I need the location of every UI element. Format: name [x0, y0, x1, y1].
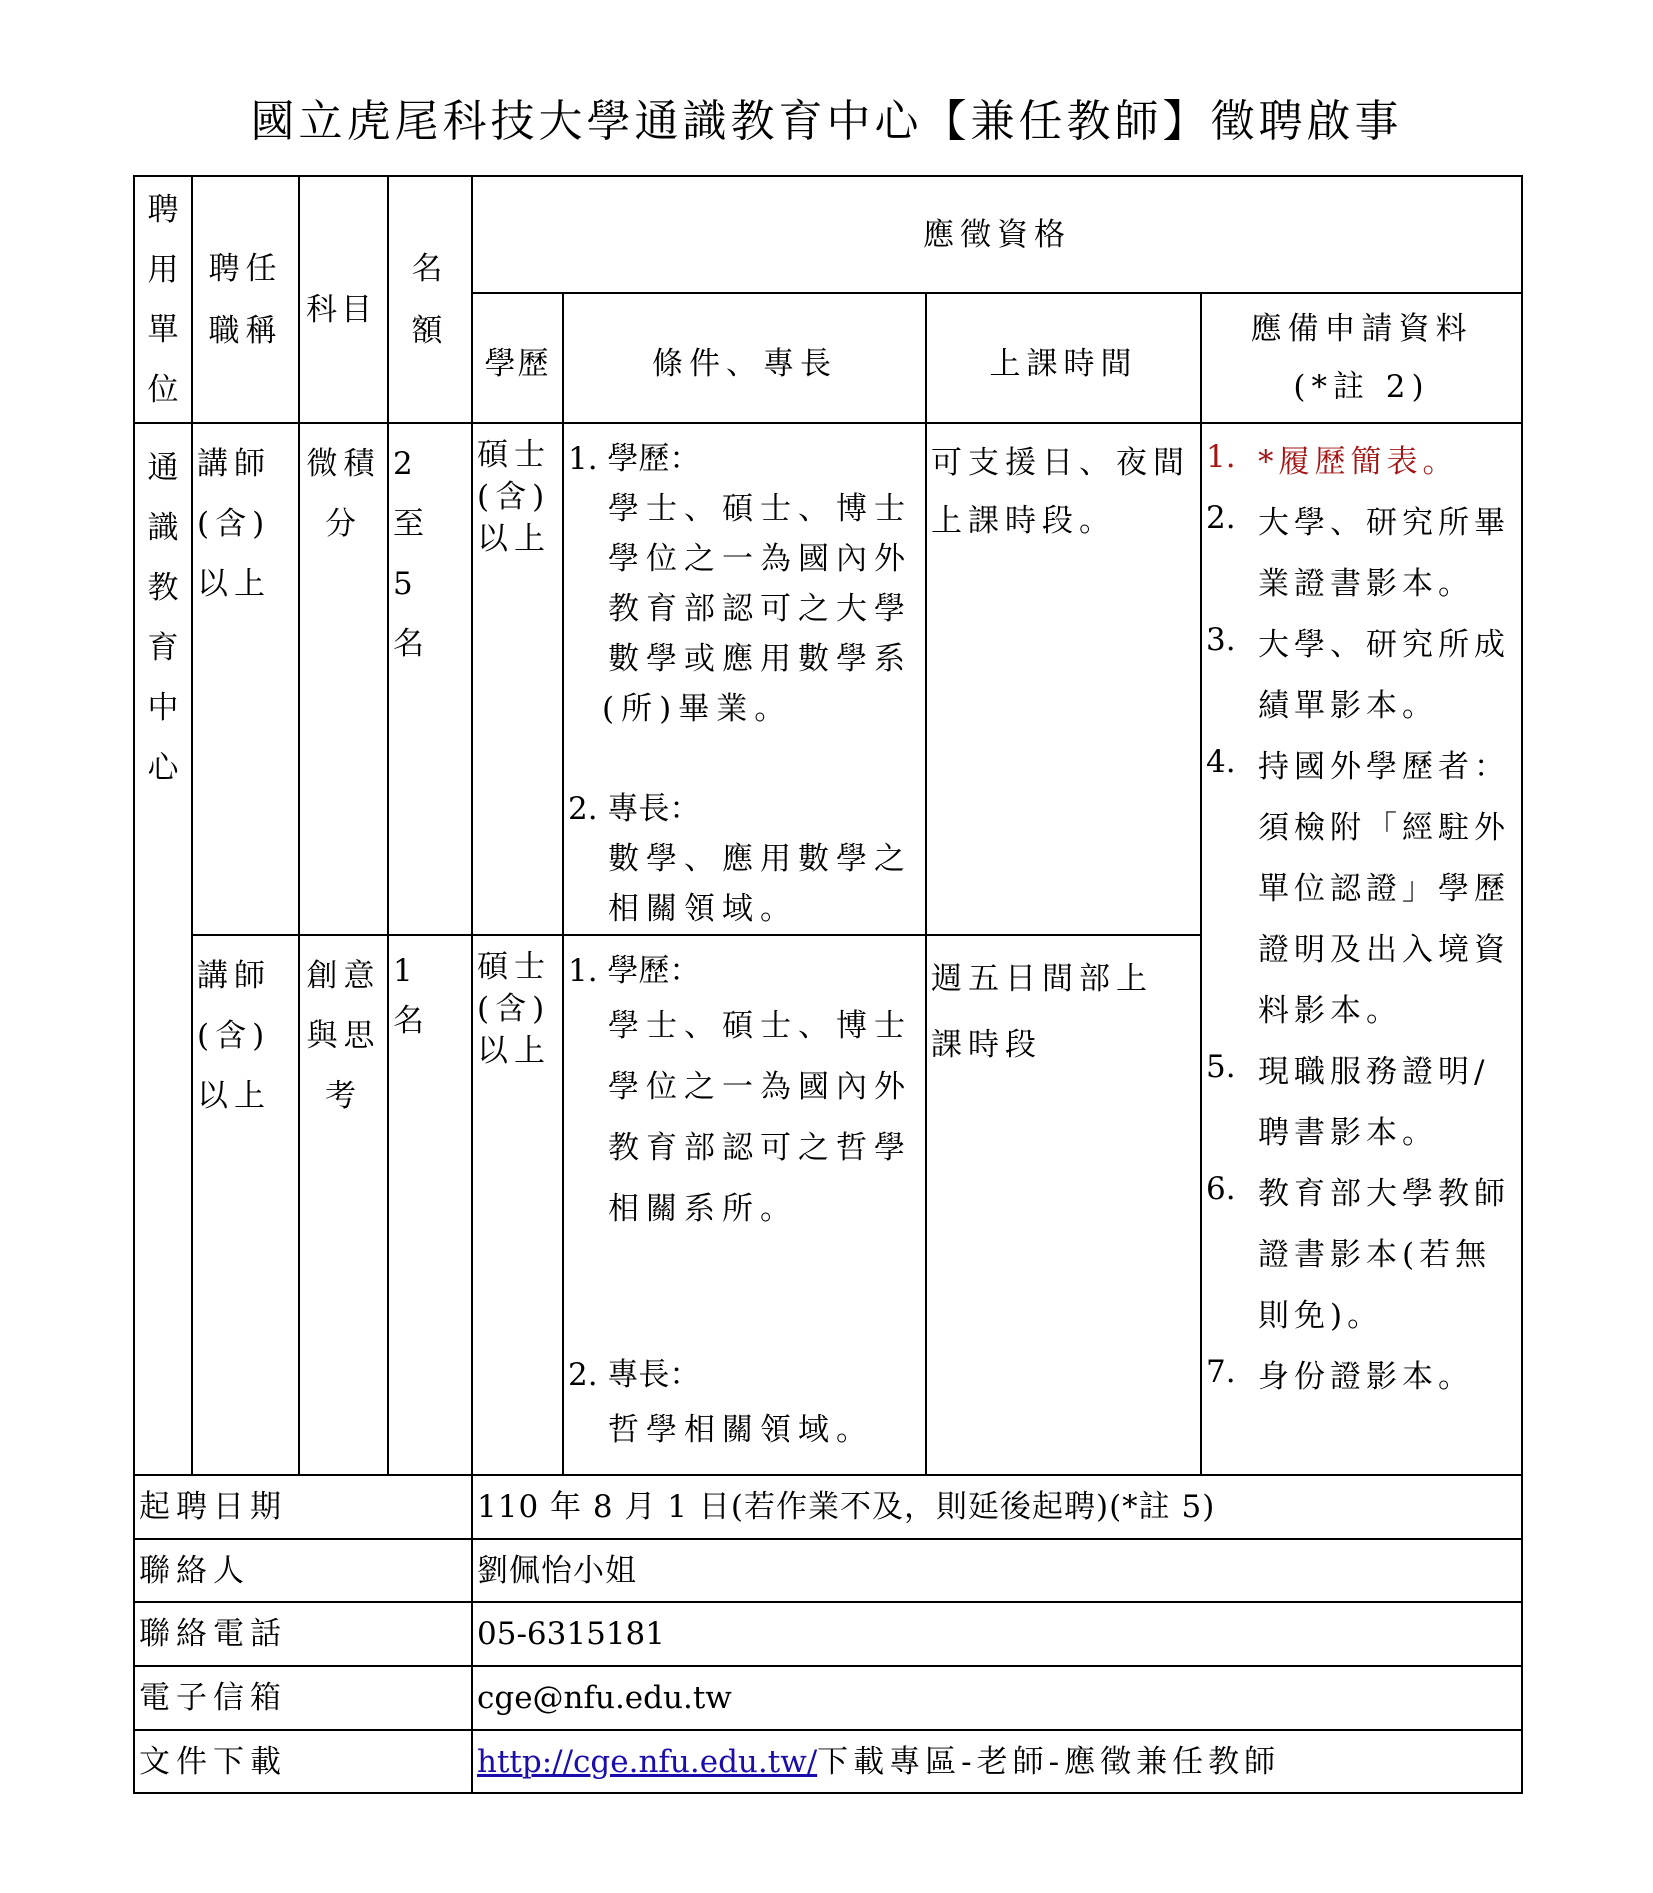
row1-cond-line: (所)畢業。: [568, 684, 921, 734]
row2-cond-education-label: 1. 學歷：: [568, 946, 921, 996]
email-label: 電子信箱: [134, 1666, 472, 1730]
row1-cond-line: 學位之一為國內外: [568, 534, 921, 584]
download-value: http://cge.nfu.edu.tw/下載專區-老師-應徵兼任教師: [472, 1730, 1522, 1793]
contact-value: 劉佩怡小姐: [472, 1539, 1522, 1602]
email-address[interactable]: cge@nfu.edu.tw: [477, 1680, 732, 1716]
document-item: 4.持國外學歷者：須檢附「經駐外單位認證」學歷證明及出入境資料影本。: [1206, 737, 1517, 1042]
unit-char: 教: [148, 570, 179, 606]
header-unit-char: 單: [148, 312, 179, 348]
document-item: 6.教育部大學教師證書影本(若無則免)。: [1206, 1164, 1517, 1347]
recruitment-table: 聘 用 單 位 聘任 職稱 科目 名 額 應徵資格 學歷 條件、專長 上課時間 …: [133, 175, 1523, 1794]
document-num: 6.: [1206, 1164, 1258, 1347]
document-item: 2.大學、研究所畢業證書影本。: [1206, 493, 1517, 615]
phone-label: 聯絡電話: [134, 1602, 472, 1666]
download-link[interactable]: http://cge.nfu.edu.tw/: [477, 1744, 817, 1780]
header-qualifications: 應徵資格: [472, 176, 1522, 293]
header-unit-text: 聘 用 單 位: [143, 180, 183, 420]
document-item: 7.身份證影本。: [1206, 1347, 1517, 1408]
contact-label: 聯絡人: [134, 1539, 472, 1602]
document-item: 1.*履歷簡表。: [1206, 432, 1517, 493]
page-title: 國立虎尾科技大學通識教育中心【兼任教師】徵聘啟事: [0, 92, 1653, 152]
header-conditions: 條件、專長: [563, 293, 926, 423]
document-item: 3.大學、研究所成績單影本。: [1206, 615, 1517, 737]
document-text: 教育部大學教師證書影本(若無則免)。: [1258, 1164, 1517, 1347]
document-num: 7.: [1206, 1347, 1258, 1408]
header-subject: 科目: [299, 176, 388, 423]
document-num: 1.: [1206, 432, 1258, 493]
phone-value: 05-6315181: [472, 1602, 1522, 1666]
row1-cond-education-label: 1. 學歷：: [568, 434, 921, 484]
row2-position: 講師 (含) 以上: [192, 935, 299, 1475]
document-num: 3.: [1206, 615, 1258, 737]
unit-char: 識: [148, 510, 179, 546]
row2-degree: 碩士 (含) 以上: [472, 935, 563, 1475]
spacer: [568, 734, 921, 784]
unit-char: 通: [148, 450, 179, 486]
row2-quota: 1 名: [388, 935, 472, 1475]
header-unit-char: 聘: [148, 192, 179, 228]
header-unit-char: 位: [148, 372, 179, 408]
row2-cond-specialty-label: 2. 專長：: [568, 1350, 921, 1400]
start-date-label: 起聘日期: [134, 1475, 472, 1539]
header-documents: 應備申請資料 (*註 2): [1201, 293, 1522, 423]
unit-char: 育: [148, 630, 179, 666]
row1-cond-line: 教育部認可之大學: [568, 584, 921, 634]
unit-cell: 通 識 教 育 中 心: [134, 423, 192, 1475]
row1-cond-line: 數學、應用數學之: [568, 834, 921, 884]
document-text: 身份證影本。: [1258, 1347, 1517, 1408]
row1-cond-line: 相關領域。: [568, 884, 921, 934]
unit-value: 通 識 教 育 中 心: [143, 438, 183, 798]
documents-cell: 1.*履歷簡表。 2.大學、研究所畢業證書影本。 3.大學、研究所成績單影本。 …: [1201, 423, 1522, 1475]
row1-degree: 碩士 (含) 以上: [472, 423, 563, 935]
spacer: [568, 1240, 921, 1350]
row2-subject: 創意 與思 考: [299, 935, 388, 1475]
row1-quota: 2 至 5 名: [388, 423, 472, 935]
row2-conditions: 1. 學歷： 學士、碩士、博士 學位之一為國內外 教育部認可之哲學 相關系所。 …: [563, 935, 926, 1475]
header-unit-char: 用: [148, 252, 179, 288]
row1-class-time: 可支援日、夜間 上課時段。: [926, 423, 1201, 935]
row2-cond-line: 哲學相關領域。: [568, 1400, 921, 1461]
start-date-value: 110 年 8 月 1 日(若作業不及，則延後起聘)(*註 5): [472, 1475, 1522, 1539]
document-text: 持國外學歷者：須檢附「經駐外單位認證」學歷證明及出入境資料影本。: [1258, 737, 1517, 1042]
row2-cond-line: 學士、碩士、博士: [568, 996, 921, 1057]
document-text: 大學、研究所畢業證書影本。: [1258, 493, 1517, 615]
row1-cond-line: 數學或應用數學系: [568, 634, 921, 684]
row2-cond-line: 相關系所。: [568, 1179, 921, 1240]
row1-conditions: 1. 學歷： 學士、碩士、博士 學位之一為國內外 教育部認可之大學 數學或應用數…: [563, 423, 926, 935]
document-text: 現職服務證明/聘書影本。: [1258, 1042, 1517, 1164]
row1-cond-specialty-label: 2. 專長：: [568, 784, 921, 834]
row1-subject: 微積 分: [299, 423, 388, 935]
document-num: 2.: [1206, 493, 1258, 615]
download-label: 文件下載: [134, 1730, 472, 1793]
header-degree: 學歷: [472, 293, 563, 423]
row2-cond-line: 教育部認可之哲學: [568, 1118, 921, 1179]
header-unit: 聘 用 單 位: [134, 176, 192, 423]
document-num: 5.: [1206, 1042, 1258, 1164]
download-path: 下載專區-老師-應徵兼任教師: [817, 1744, 1280, 1780]
row1-cond-line: 學士、碩士、博士: [568, 484, 921, 534]
unit-char: 心: [148, 750, 179, 786]
email-value: cge@nfu.edu.tw: [472, 1666, 1522, 1730]
row1-position: 講師 (含) 以上: [192, 423, 299, 935]
header-class-time: 上課時間: [926, 293, 1201, 423]
document-item: 5.現職服務證明/聘書影本。: [1206, 1042, 1517, 1164]
header-position: 聘任 職稱: [192, 176, 299, 423]
unit-char: 中: [148, 690, 179, 726]
document-text: 大學、研究所成績單影本。: [1258, 615, 1517, 737]
row2-class-time: 週五日間部上 課時段: [926, 935, 1201, 1475]
row2-cond-line: 學位之一為國內外: [568, 1057, 921, 1118]
header-quota: 名 額: [388, 176, 472, 423]
document-num: 4.: [1206, 737, 1258, 1042]
document-text: *履歷簡表。: [1258, 432, 1517, 493]
